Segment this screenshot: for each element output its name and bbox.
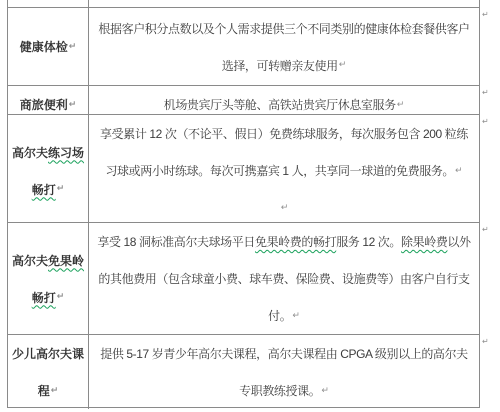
description-cell [89,0,479,7]
category-cell [8,0,89,7]
description-line: 提供 5-17 岁青少年高尔夫课程，高尔夫课程由 CPGA 级别以上的高尔夫 [100,335,468,372]
description-text: 付。 [268,307,291,324]
description-line: 选择，可转赠亲友使用↵ [222,47,347,84]
description-text: 专职教练授课。 [239,382,320,399]
category-label: 健康体检↵ [20,28,77,65]
pilcrow-mark: ↵ [397,100,405,110]
description-line: 习球或两小时练球。每次可携嘉宾 1 人，共享同一球道的免费服务。↵ [105,152,462,189]
description-line: ↵ [280,189,289,226]
squiggle-text: 免果岭 [48,252,84,269]
category-text: 健康体检 [20,38,68,55]
description-line: 享受累计 12 次（不论平、假日）免费练球服务，每次服务包含 200 粒练 [100,115,468,152]
description-text: 提供 5-17 岁青少年高尔夫课程，高尔夫课程由 CPGA 级别以上的高尔夫 [100,345,468,362]
row-end-mark: ↵ [482,88,489,97]
category-label: 畅打↵ [32,171,65,208]
squiggle-text: 免果岭费的畅打 [255,233,336,250]
description-cell: 根据客户积分点数以及个人需求提供三个不同类别的健康体检套餐供客户 选择，可转赠亲… [89,8,479,85]
table-row: 少儿高尔夫课 程↵ 提供 5-17 岁青少年高尔夫课程，高尔夫课程由 CPGA … [8,335,479,408]
description-text: 的其他费用（包含球童小费、球车费、保险费、设施费等）由客户自行支 [98,270,469,287]
pilcrow-mark: ↵ [281,203,289,213]
description-text: 享受累计 12 次（不论平、假日）免费练球服务，每次服务包含 200 粒练 [100,125,468,142]
category-label: 少儿高尔夫课 [12,335,84,372]
description-line: 付。↵ [268,297,300,334]
category-label: 高尔夫练习场 [12,134,84,171]
description-text: 服务 12 次。 [336,233,401,250]
category-cell: 健康体检↵ [8,8,89,85]
row-end-mark: ↵ [482,225,489,234]
category-text: 高尔夫 [12,252,48,269]
description-line: 享受 18 洞标准高尔夫球场平日免果岭费的畅打服务 12 次。除果岭费以外 [97,223,470,260]
squiggle-text: 除果岭费 [401,233,447,250]
category-cell: 高尔夫免果岭 畅打↵ [8,223,89,334]
description-line: 的其他费用（包含球童小费、球车费、保险费、设施费等）由客户自行支 [98,260,469,297]
category-label: 高尔夫免果岭 [12,242,84,279]
category-label: 畅打↵ [32,279,65,316]
description-line: 专职教练授课。↵ [239,372,329,409]
category-text: 少儿高尔夫课 [12,345,84,362]
row-end-mark: ↵ [482,10,489,19]
description-text: 选择，可转赠亲友使用 [222,57,338,74]
row-end-mark: ↵ [482,117,489,126]
description-cell: 享受累计 12 次（不论平、假日）免费练球服务，每次服务包含 200 粒练 习球… [89,115,479,226]
pilcrow-mark: ↵ [69,42,77,52]
table-row: 高尔夫免果岭 畅打↵ 享受 18 洞标准高尔夫球场平日免果岭费的畅打服务 12 … [8,223,479,335]
pilcrow-mark: ↵ [57,184,65,194]
squiggle-text: 练习场 [48,144,84,161]
description-text: 机场贵宾厅头等舱、高铁站贵宾厅休息室服务 [164,96,396,113]
squiggle-text: 畅打 [32,181,56,198]
pilcrow-mark: ↵ [455,166,463,176]
category-text: 高尔夫 [12,144,48,161]
category-text: 程 [38,382,50,399]
pilcrow-mark: ↵ [51,386,59,396]
description-text: 根据客户积分点数以及个人需求提供三个不同类别的健康体检套餐供客户 [98,20,469,37]
document-page: 健康体检↵ 根据客户积分点数以及个人需求提供三个不同类别的健康体检套餐供客户 选… [0,0,500,412]
category-cell: 高尔夫练习场 畅打↵ [8,115,89,226]
squiggle-text: 畅打 [32,289,56,306]
description-line: 根据客户积分点数以及个人需求提供三个不同类别的健康体检套餐供客户 [98,10,469,47]
category-label: 程↵ [38,372,59,409]
description-cell: 提供 5-17 岁青少年高尔夫课程，高尔夫课程由 CPGA 级别以上的高尔夫 专… [89,335,479,409]
description-text: 以外 [447,233,470,250]
table-row: 高尔夫练习场 畅打↵ 享受累计 12 次（不论平、假日）免费练球服务，每次服务包… [8,115,479,223]
pilcrow-mark: ↵ [321,386,329,396]
table-row-partial [8,0,479,8]
pilcrow-mark: ↵ [339,60,347,70]
pilcrow-mark: ↵ [57,292,65,302]
row-end-mark: ↵ [482,337,489,346]
category-cell: 少儿高尔夫课 程↵ [8,335,89,409]
category-text: 商旅便利 [20,96,68,113]
description-text: 享受 18 洞标准高尔夫球场平日 [97,233,255,250]
table-row: 商旅便利↵ 机场贵宾厅头等舱、高铁站贵宾厅休息室服务↵ [8,86,479,115]
pilcrow-mark: ↵ [292,311,300,321]
pilcrow-mark: ↵ [69,100,77,110]
table-row: 健康体检↵ 根据客户积分点数以及个人需求提供三个不同类别的健康体检套餐供客户 选… [8,8,479,86]
benefits-table: 健康体检↵ 根据客户积分点数以及个人需求提供三个不同类别的健康体检套餐供客户 选… [7,0,480,408]
description-cell: 享受 18 洞标准高尔夫球场平日免果岭费的畅打服务 12 次。除果岭费以外 的其… [89,223,479,334]
description-text: 习球或两小时练球。每次可携嘉宾 1 人，共享同一球道的免费服务。 [105,162,454,179]
